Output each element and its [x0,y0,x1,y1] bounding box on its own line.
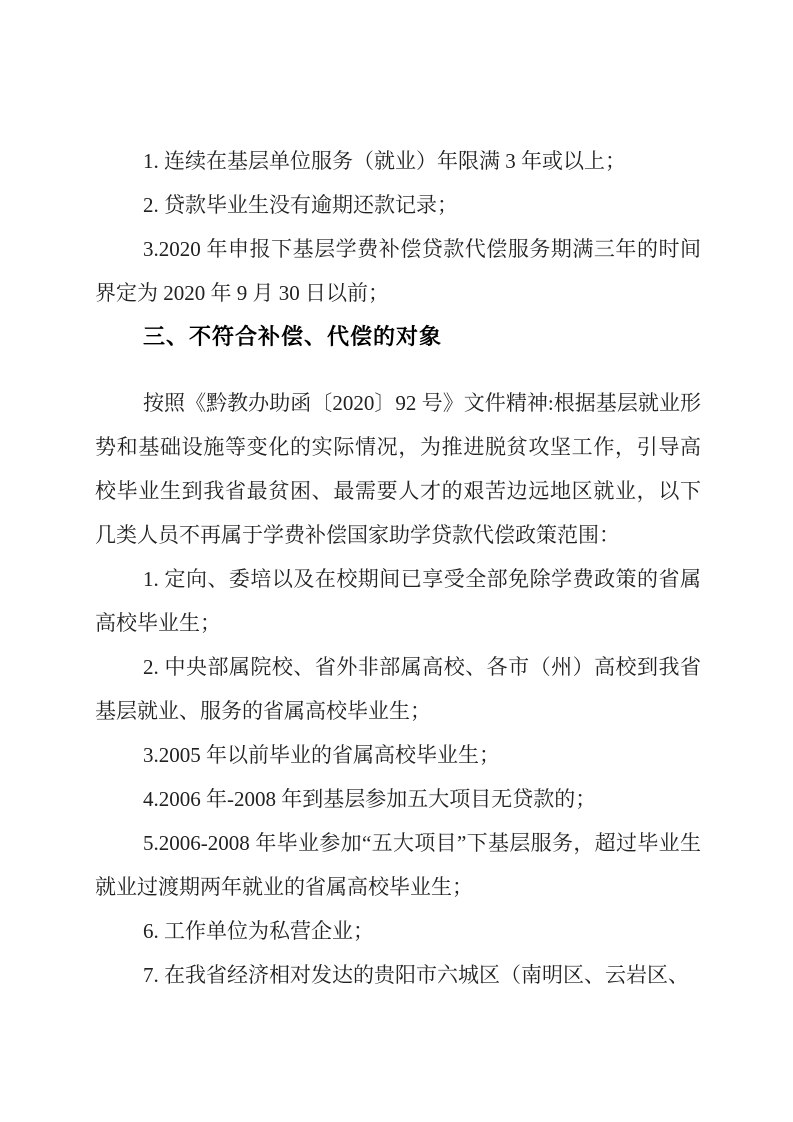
condition-item-1: 1. 连续在基层单位服务（就业）年限满 3 年或以上； [95,139,701,183]
document-body: 1. 连续在基层单位服务（就业）年限满 3 年或以上； 2. 贷款毕业生没有逾期… [95,139,701,997]
exclusion-item-4: 4.2006 年-2008 年到基层参加五大项目无贷款的； [95,777,701,821]
exclusion-item-5: 5.2006-2008 年毕业参加“五大项目”下基层服务，超过毕业生就业过渡期两… [95,821,701,909]
exclusion-item-7: 7. 在我省经济相对发达的贵阳市六城区（南明区、云岩区、 [95,953,701,997]
document-page: 1. 连续在基层单位服务（就业）年限满 3 年或以上； 2. 贷款毕业生没有逾期… [0,0,793,1122]
exclusion-item-1: 1. 定向、委培以及在校期间已享受全部免除学费政策的省属高校毕业生； [95,557,701,645]
condition-item-2: 2. 贷款毕业生没有逾期还款记录； [95,183,701,227]
section-heading: 三、不符合补偿、代偿的对象 [95,315,701,359]
condition-item-3: 3.2020 年申报下基层学费补偿贷款代偿服务期满三年的时间界定为 2020 年… [95,227,701,315]
exclusion-item-3: 3.2005 年以前毕业的省属高校毕业生； [95,733,701,777]
exclusion-item-2: 2. 中央部属院校、省外非部属高校、各市（州）高校到我省基层就业、服务的省属高校… [95,645,701,733]
section-intro-paragraph: 按照《黔教办助函〔2020〕92 号》文件精神:根据基层就业形势和基础设施等变化… [95,381,701,557]
exclusion-item-6: 6. 工作单位为私营企业； [95,909,701,953]
